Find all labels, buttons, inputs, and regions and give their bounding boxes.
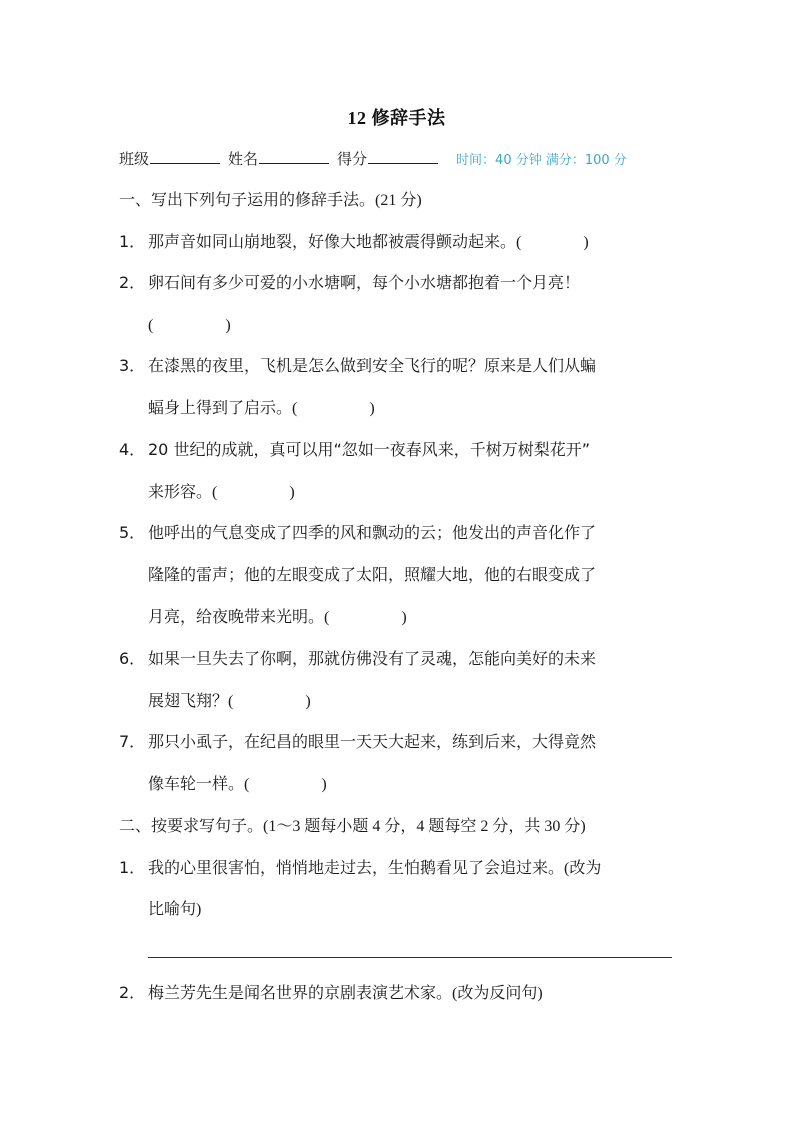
name-field: 姓名 [228,148,329,169]
section-1-heading: 一、写出下列句子运用的修辞手法。(21 分) [119,189,679,212]
question-text: 像车轮一样。 [148,774,244,793]
question-text: 如果一旦失去了你啊，那就仿佛没有了灵魂，怎能向美好的未来 [148,649,596,668]
page-title: 12 修辞手法 [0,104,793,130]
question-2-1: 1．我的心里很害怕，悄悄地走过去，生怕鹅看见了会追过来。(改为 [119,857,679,880]
student-info-row: 班级 姓名 得分 时间：40 分钟 满分：100 分 [119,148,679,170]
question-number: 2． [119,982,148,1004]
score-blank[interactable] [368,149,438,164]
question-text: 我的心里很害怕，悄悄地走过去，生怕鹅看见了会追过来。 [148,858,564,877]
question-1-5: 5．他呼出的气息变成了四季的风和飘动的云；他发出的声音化作了 [119,522,679,544]
question-number: 7． [119,731,148,753]
worksheet-page: 12 修辞手法 班级 姓名 得分 时间：40 分钟 满分：100 分 一、写出下… [0,0,793,1122]
time-and-score-meta: 时间：40 分钟 满分：100 分 [456,149,627,168]
question-text: 来形容。 [148,482,212,501]
question-1-4-line-2: 来形容。() [148,481,708,504]
question-1-3-line-2: 蝠身上得到了启示。() [148,397,708,420]
question-number: 1． [119,231,148,253]
answer-blank[interactable]: () [228,690,311,713]
score-label: 得分 [337,148,367,169]
question-1-5-line-2: 隆隆的雷声；他的左眼变成了太阳，照耀大地，他的右眼变成了 [148,564,708,586]
question-number: 1． [119,857,148,879]
question-2-1-line-2: 比喻句) [148,898,708,921]
answer-blank[interactable]: () [212,481,295,504]
question-1-4: 4．20 世纪的成就，真可以用“忽如一夜春风来，千树万树梨花开” [119,439,679,461]
answer-blank[interactable]: () [516,231,589,254]
question-text: 月亮，给夜晚带来光明。 [148,607,324,626]
question-number: 6． [119,648,148,670]
question-number: 2． [119,272,148,294]
question-1-2: 2．卵石间有多少可爱的小水塘啊，每个小水塘都抱着一个月亮！ [119,272,679,294]
class-blank[interactable] [150,149,220,164]
question-1-2-answer: () [148,314,708,337]
question-1-5-line-3: 月亮，给夜晚带来光明。() [148,606,708,629]
question-text: 他呼出的气息变成了四季的风和飘动的云；他发出的声音化作了 [148,523,596,542]
question-text: 蝠身上得到了启示。 [148,398,292,417]
question-text: 卵石间有多少可爱的小水塘啊，每个小水塘都抱着一个月亮！ [148,273,580,292]
class-field: 班级 [119,148,220,169]
name-blank[interactable] [259,149,329,164]
question-instruction: (改为反问句) [452,985,543,1002]
section-1-title: 一、写出下列句子运用的修辞手法。 [119,190,375,209]
question-1-6-line-2: 展翅飞翔？() [148,690,708,713]
question-1-7-line-2: 像车轮一样。() [148,773,708,796]
question-text: 那只小虱子，在纪昌的眼里一天天大起来，练到后来，大得竟然 [148,732,596,751]
section-2-title: 二、按要求写句子。 [119,816,263,835]
answer-blank[interactable]: () [292,397,375,420]
question-text: 梅兰芳先生是闻名世界的京剧表演艺术家。 [148,983,452,1002]
question-1-7: 7．那只小虱子，在纪昌的眼里一天天大起来，练到后来，大得竟然 [119,731,679,753]
answer-line[interactable] [148,957,672,958]
question-number: 3． [119,355,148,377]
question-instruction: (改为 [564,860,601,877]
answer-blank[interactable]: () [244,773,327,796]
answer-blank[interactable]: () [324,606,407,629]
question-text: 隆隆的雷声；他的左眼变成了太阳，照耀大地，他的右眼变成了 [148,565,596,584]
question-2-2: 2．梅兰芳先生是闻名世界的京剧表演艺术家。(改为反问句) [119,982,679,1005]
score-field: 得分 [337,148,438,169]
section-2-points: (1～3 题每小题 4 分，4 题每空 2 分，共 30 分) [263,818,586,835]
question-instruction: 比喻句) [148,901,201,918]
section-2-heading: 二、按要求写句子。(1～3 题每小题 4 分，4 题每空 2 分，共 30 分) [119,815,679,838]
name-label: 姓名 [228,148,258,169]
question-text: 展翅飞翔？ [148,691,228,710]
question-1-3: 3．在漆黑的夜里，飞机是怎么做到安全飞行的呢？原来是人们从蝙 [119,355,679,377]
question-text: 20 世纪的成就，真可以用“忽如一夜春风来，千树万树梨花开” [148,440,590,459]
question-number: 5． [119,522,148,544]
question-text: 在漆黑的夜里，飞机是怎么做到安全飞行的呢？原来是人们从蝙 [148,356,596,375]
answer-blank[interactable]: () [148,314,231,337]
question-text: 那声音如同山崩地裂，好像大地都被震得颤动起来。 [148,232,516,251]
question-number: 4． [119,439,148,461]
section-1-points: (21 分) [375,192,422,209]
question-1-1: 1．那声音如同山崩地裂，好像大地都被震得颤动起来。() [119,231,679,254]
question-1-6: 6．如果一旦失去了你啊，那就仿佛没有了灵魂，怎能向美好的未来 [119,648,679,670]
class-label: 班级 [119,148,149,169]
